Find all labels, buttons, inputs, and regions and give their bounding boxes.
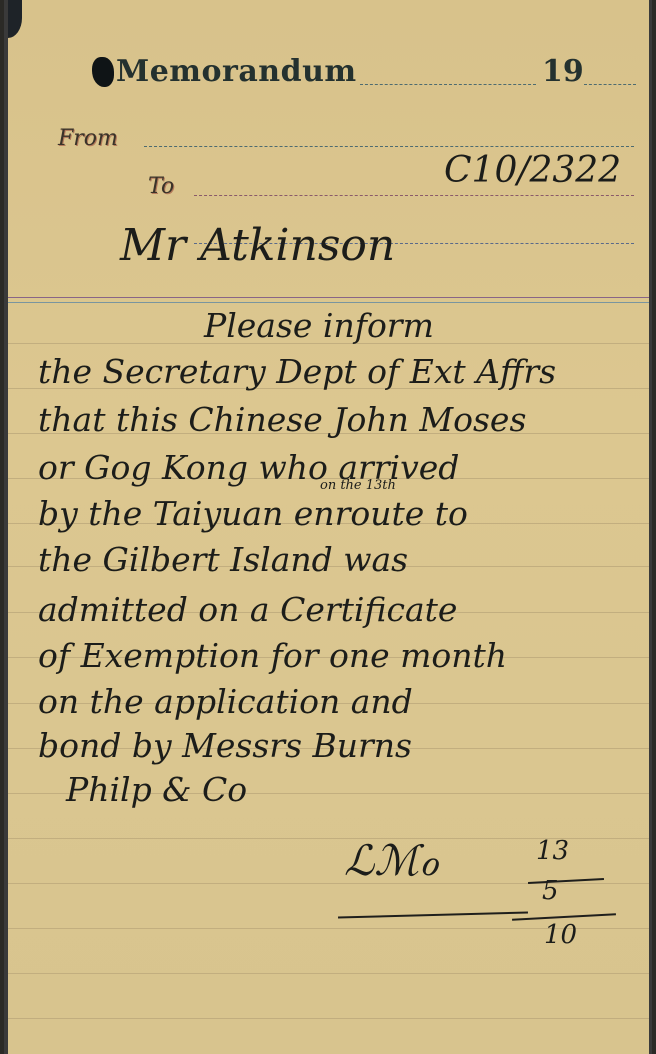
body-line-6: the Gilbert Island was — [38, 540, 408, 579]
to-label: To — [148, 174, 174, 199]
memorandum-sheet: Memorandum 19 From To C10/2322 Mr Atkins… — [4, 0, 652, 1054]
addressee: Mr Atkinson — [120, 220, 395, 271]
year-prefix: 19 — [542, 54, 584, 89]
body-line-5: by the Taiyuan enroute to — [38, 494, 468, 533]
body-line-1: Please inform — [204, 306, 434, 345]
body-line-3: that this Chinese John Moses — [38, 400, 526, 439]
scan-left-edge — [4, 0, 8, 1054]
header-rule-top — [4, 297, 652, 298]
date-day: 13 — [536, 836, 569, 866]
reference-number: C10/2322 — [444, 150, 621, 191]
signature-underline — [338, 912, 528, 919]
body-line-7: admitted on a Certificate — [38, 590, 457, 629]
interlinear-note: on the 13th — [320, 478, 396, 493]
from-line — [144, 146, 634, 148]
body-line-10: bond by Messrs Burns — [38, 726, 412, 765]
year-line — [584, 84, 636, 86]
body-line-2: the Secretary Dept of Ext Affrs — [38, 352, 556, 391]
from-label: From — [58, 126, 118, 151]
scan-right-edge — [649, 0, 652, 1054]
signature: ℒℳℴ — [344, 836, 439, 885]
body-line-9: on the application and — [38, 682, 413, 721]
to-line — [194, 195, 634, 197]
memo-title: Memorandum — [92, 54, 357, 89]
body-line-11: Philp & Co — [66, 770, 247, 809]
date-line — [360, 84, 536, 86]
date-month: 5 — [542, 876, 559, 906]
ink-blot — [92, 57, 114, 87]
body-line-4: or Gog Kong who arrived — [38, 448, 459, 487]
ruled-line — [4, 1018, 652, 1019]
date-year: 10 — [544, 920, 577, 950]
body-line-8: of Exemption for one month — [38, 636, 507, 675]
header-rule-bottom — [4, 302, 652, 303]
ruled-line — [4, 973, 652, 974]
